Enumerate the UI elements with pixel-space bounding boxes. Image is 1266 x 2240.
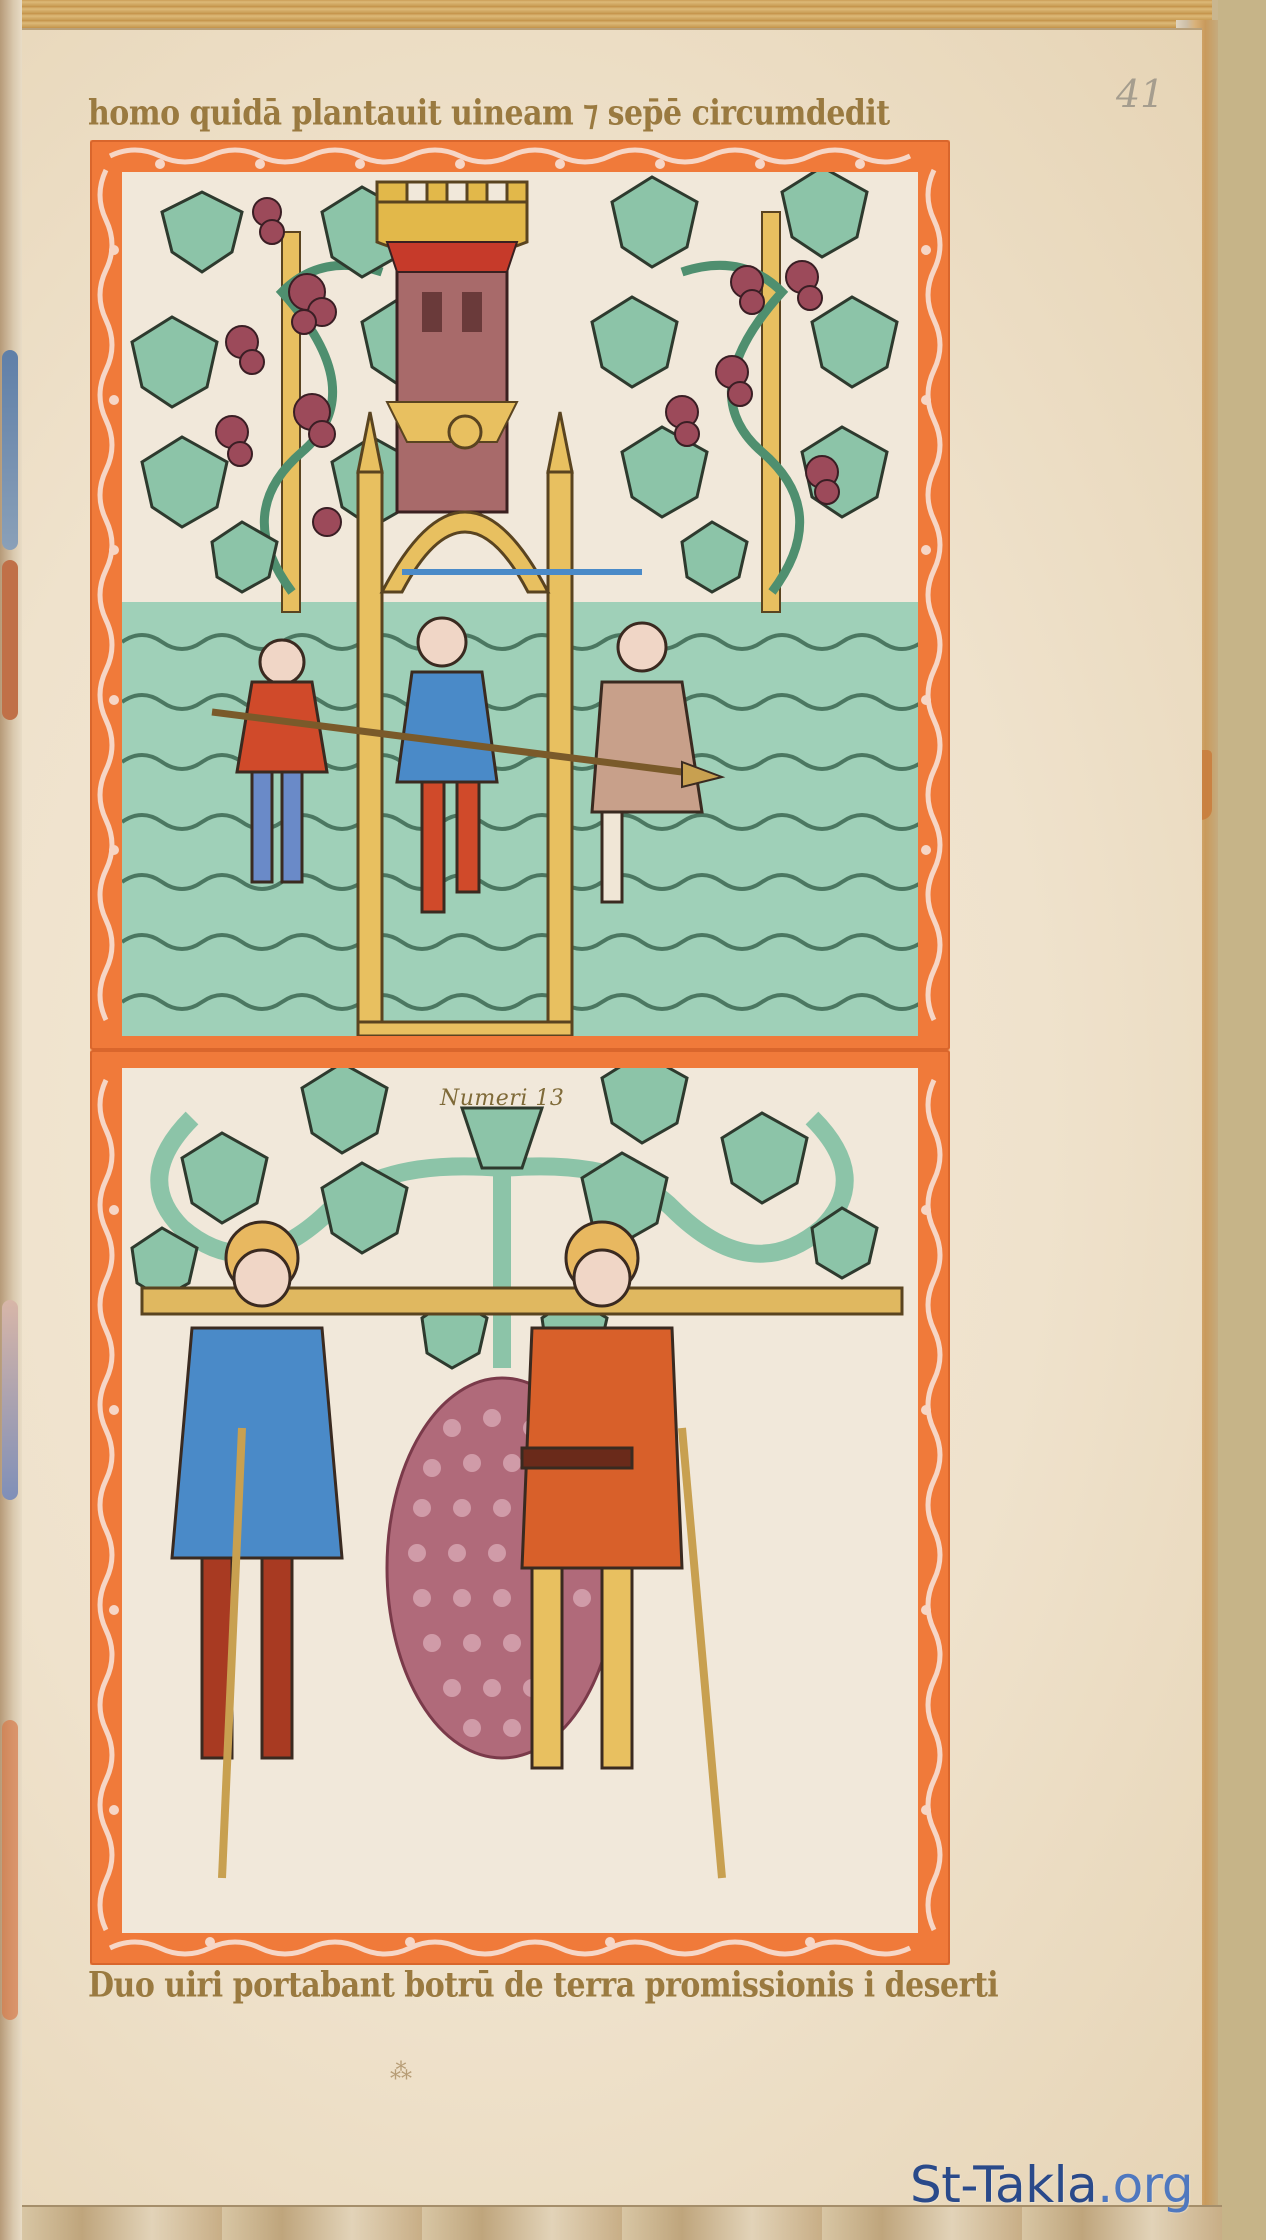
upper-scene bbox=[122, 172, 918, 1036]
grape-cluster-scene bbox=[122, 1068, 918, 1933]
adjacent-page-edge bbox=[0, 0, 22, 2240]
watermark: St-Takla.org bbox=[910, 2156, 1193, 2214]
decorative-mark: ⁂ bbox=[390, 2060, 412, 2085]
caption-bottom: Duo uiri portabant botrū de terra promis… bbox=[88, 1965, 998, 2005]
vineyard-scene bbox=[122, 172, 918, 1036]
illumination-lower-panel bbox=[90, 1050, 950, 1965]
watermark-tld: .org bbox=[1097, 2156, 1193, 2214]
adjacent-page-illustration-fragment bbox=[2, 560, 18, 720]
illumination-upper-panel bbox=[90, 140, 950, 1050]
folio-number: 41 bbox=[1116, 72, 1164, 116]
adjacent-page-illustration-fragment bbox=[2, 350, 18, 550]
adjacent-page-illustration-fragment bbox=[2, 1300, 18, 1500]
watermark-name: St-Takla bbox=[910, 2156, 1097, 2214]
panel-subtitle: Numeri 13 bbox=[440, 1086, 564, 1111]
book-cover bbox=[1218, 0, 1266, 2240]
caption-top: homo quidā plantauit uineam ⁊ sep̄ē circ… bbox=[88, 93, 890, 133]
lower-scene bbox=[122, 1068, 918, 1933]
adjacent-page-illustration-fragment bbox=[2, 1720, 18, 2020]
